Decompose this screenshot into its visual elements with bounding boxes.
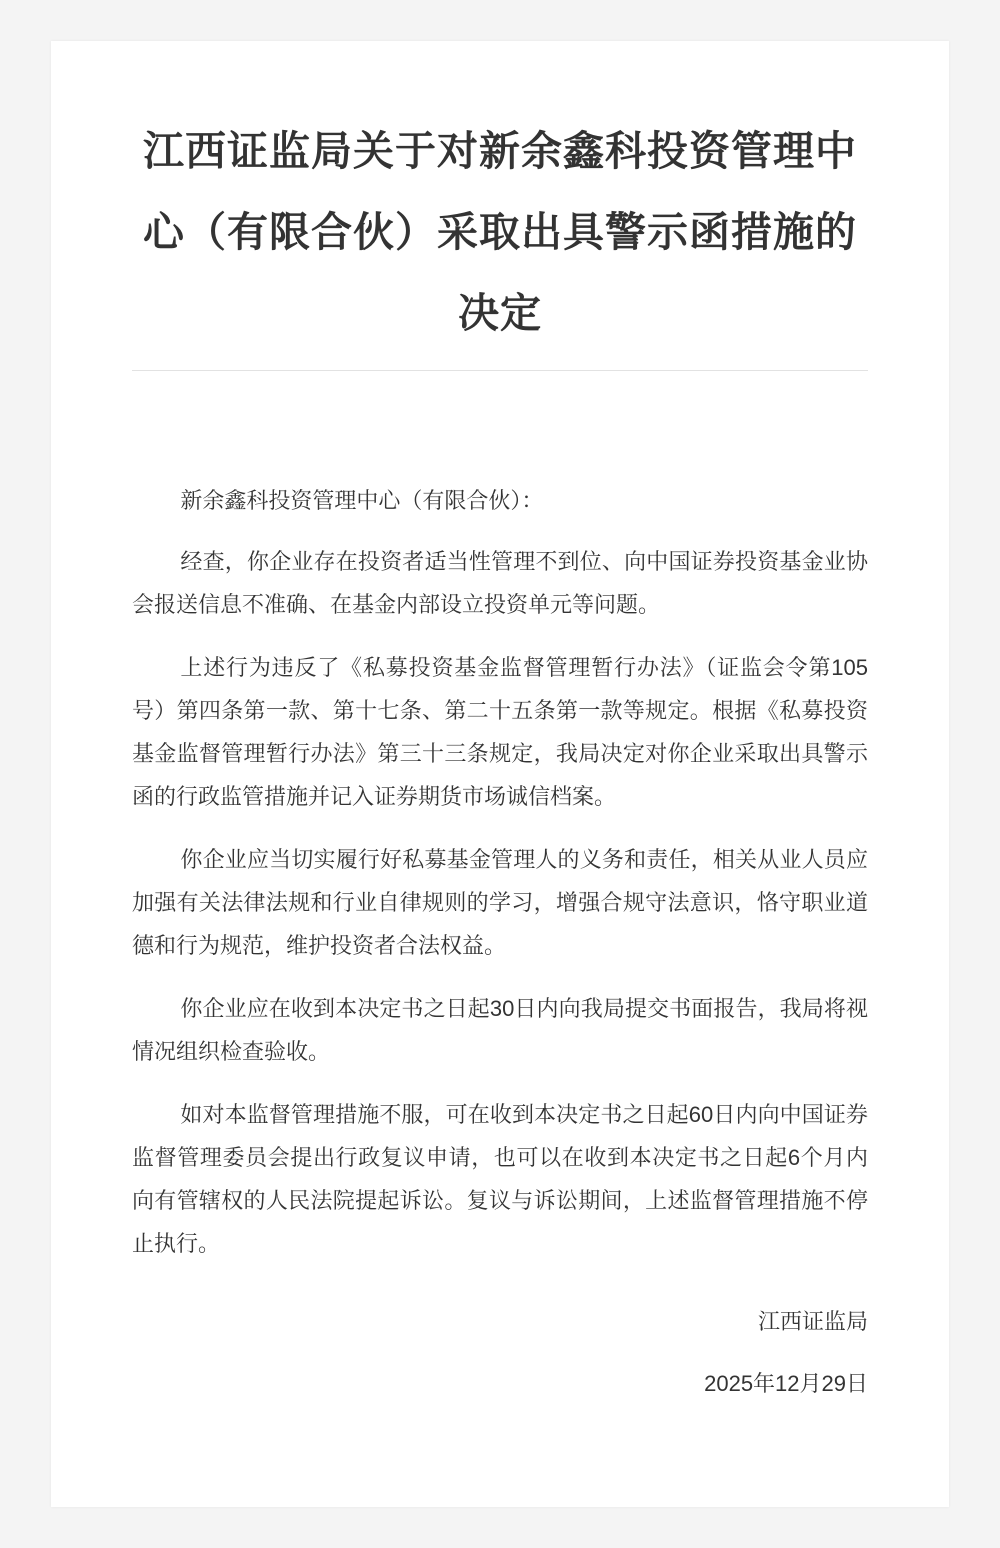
document-title: 江西证监局关于对新余鑫科投资管理中心（有限合伙）采取出具警示函措施的决定 [132,111,868,371]
document-card: 江西证监局关于对新余鑫科投资管理中心（有限合伙）采取出具警示函措施的决定 新余鑫… [51,41,949,1507]
paragraph-obligations: 你企业应当切实履行好私募基金管理人的义务和责任，相关从业人员应加强有关法律法规和… [132,838,868,967]
issuer-signature: 江西证监局 [132,1307,868,1337]
signature-block: 江西证监局 2025年12月29日 [132,1307,868,1399]
paragraph-violation: 上述行为违反了《私募投资基金监督管理暂行办法》（证监会令第105号）第四条第一款… [132,646,868,818]
issue-date: 2025年12月29日 [132,1369,868,1399]
paragraph-appeal: 如对本监督管理措施不服，可在收到本决定书之日起60日内向中国证券监督管理委员会提… [132,1093,868,1265]
salutation: 新余鑫科投资管理中心（有限合伙）： [132,479,868,522]
paragraph-findings: 经查，你企业存在投资者适当性管理不到位、向中国证券投资基金业协会报送信息不准确、… [132,540,868,626]
document-body: 新余鑫科投资管理中心（有限合伙）： 经查，你企业存在投资者适当性管理不到位、向中… [132,479,868,1265]
paragraph-report: 你企业应在收到本决定书之日起30日内向我局提交书面报告，我局将视情况组织检查验收… [132,987,868,1073]
